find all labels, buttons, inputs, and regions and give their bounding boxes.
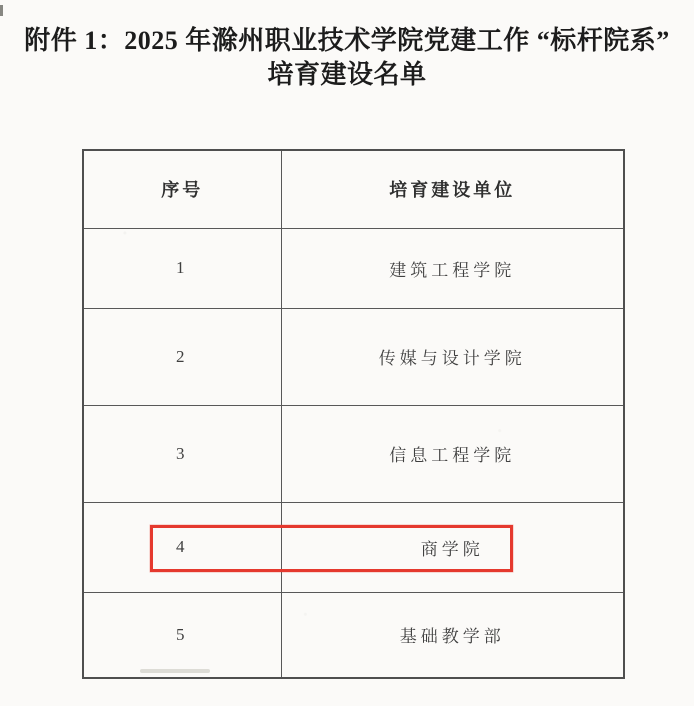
scan-artifact-speck — [0, 5, 3, 16]
table-row-highlighted: 4 商学院 — [83, 502, 624, 592]
unit-name-cell: 建筑工程学院 — [281, 228, 624, 308]
table-row: 3 信息工程学院 — [83, 405, 624, 502]
document-title-line1: 附件 1：2025 年滁州职业技术学院党建工作 “标杆院系” — [0, 24, 694, 58]
column-header-unit: 培育建设单位 — [281, 150, 624, 228]
table-row: 2 传媒与设计学院 — [83, 308, 624, 405]
row-index-cell: 3 — [83, 405, 281, 502]
scanned-document-page: 附件 1：2025 年滁州职业技术学院党建工作 “标杆院系” 培育建设名单 序号… — [0, 0, 694, 706]
cultivation-units-table: 序号 培育建设单位 1 建筑工程学院 2 传媒与设计学院 3 信息工程学院 4 … — [82, 149, 625, 679]
table-row: 5 基础教学部 — [83, 592, 624, 678]
row-index-cell: 5 — [83, 592, 281, 678]
row-index-cell: 2 — [83, 308, 281, 405]
table-header-row: 序号 培育建设单位 — [83, 150, 624, 228]
unit-name-cell: 商学院 — [281, 502, 624, 592]
row-index-cell: 1 — [83, 228, 281, 308]
column-header-index: 序号 — [83, 150, 281, 228]
row-index-cell: 4 — [83, 502, 281, 592]
document-title-line2: 培育建设名单 — [0, 58, 694, 92]
unit-name-cell: 基础教学部 — [281, 592, 624, 678]
unit-name-cell: 信息工程学院 — [281, 405, 624, 502]
document-title: 附件 1：2025 年滁州职业技术学院党建工作 “标杆院系” 培育建设名单 — [0, 24, 694, 92]
unit-name-cell: 传媒与设计学院 — [281, 308, 624, 405]
table-row: 1 建筑工程学院 — [83, 228, 624, 308]
